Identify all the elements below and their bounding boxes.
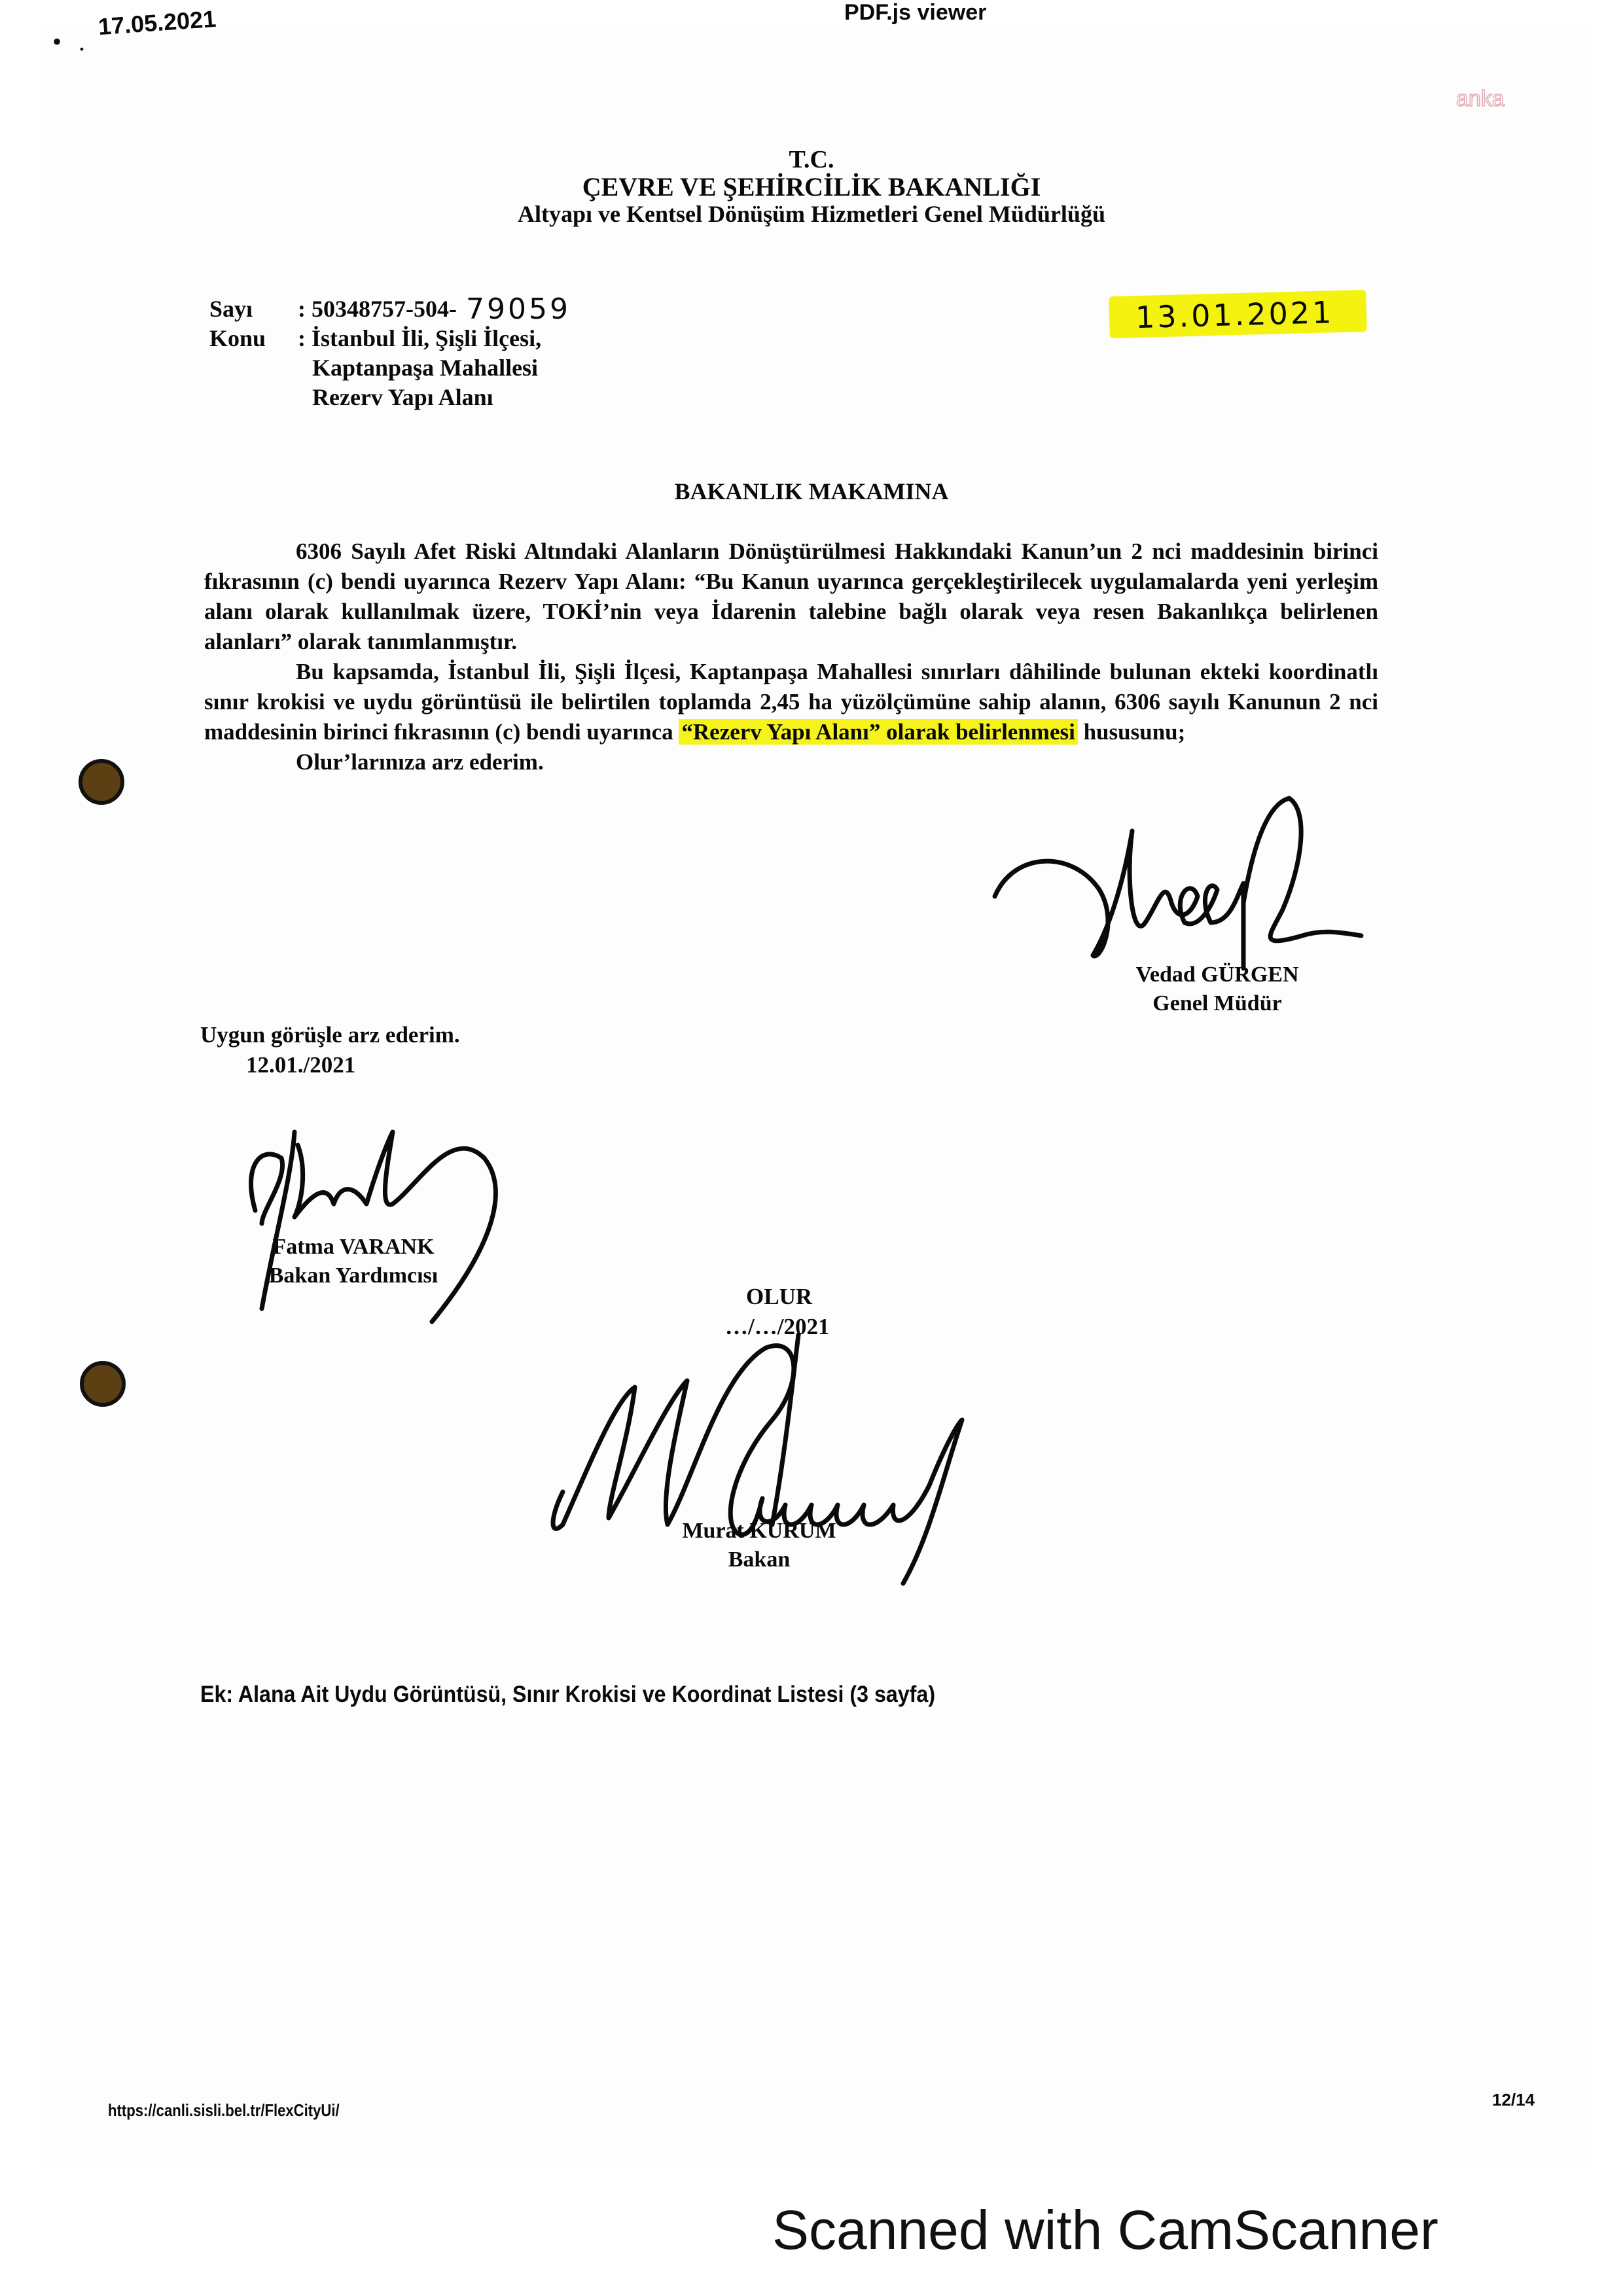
signatory-title: Bakan Yardımcısı (216, 1262, 491, 1290)
signatory-name: Vedad GÜRGEN (1086, 961, 1348, 989)
signatory-title: Genel Müdür (1086, 989, 1348, 1018)
paragraph-definition: 6306 Sayılı Afet Riski Altındaki Alanlar… (204, 537, 1378, 657)
konu-line: : İstanbul İli, Şişli İlçesi, (298, 324, 541, 353)
approval-note: Uygun görüşle arz ederim. (200, 1022, 460, 1048)
watermark-logo: anka (1456, 86, 1505, 112)
spacer (209, 353, 298, 383)
scan-artifact: • . (52, 26, 90, 57)
approval-date: 12.01./2021 (246, 1052, 355, 1078)
paragraph-text: hususunu; (1084, 719, 1186, 745)
footer-url: https://canli.sisli.bel.tr/FlexCityUi/ (108, 2100, 340, 2121)
konu-label: Konu (209, 324, 298, 353)
konu-row-3: Rezerv Yapı Alanı (209, 383, 571, 412)
sayi-row: Sayı : 50348757-504- 79059 (209, 294, 571, 324)
paragraph-request: Bu kapsamda, İstanbul İli, Şişli İlçesi,… (204, 657, 1378, 747)
konu-row-2: Kaptanpaşa Mahallesi (209, 353, 571, 383)
viewer-title: PDF.js viewer (844, 0, 986, 26)
signature-gurgen (975, 792, 1433, 988)
signatory-title: Bakan (681, 1545, 838, 1574)
addressee-heading: BAKANLIK MAKAMINA (0, 478, 1623, 505)
page-number: 12/14 (1492, 2090, 1535, 2110)
document-meta: Sayı : 50348757-504- 79059 Konu : İstanb… (209, 294, 571, 412)
attachment-note: Ek: Alana Ait Uydu Görüntüsü, Sınır Krok… (200, 1682, 935, 1708)
signatory-deputy-minister: Fatma VARANK Bakan Yardımcısı (216, 1233, 491, 1290)
letterhead-tc: T.C. (0, 145, 1623, 174)
konu-row: Konu : İstanbul İli, Şişli İlçesi, (209, 324, 571, 353)
letter-body: 6306 Sayılı Afet Riski Altındaki Alanlar… (204, 537, 1378, 777)
sayi-handwritten: 79059 (466, 294, 571, 324)
spacer (209, 383, 298, 412)
scanner-watermark: Scanned with CamScanner (772, 2199, 1438, 2262)
closing-line: Olur’larınıza arz ederim. (204, 747, 1378, 777)
punch-hole-icon (79, 759, 124, 805)
konu-line: Kaptanpaşa Mahallesi (312, 353, 538, 383)
punch-hole-icon (80, 1361, 126, 1407)
olur-label: OLUR (746, 1284, 812, 1310)
signatory-name: Murat KURUM (681, 1517, 838, 1545)
highlighted-text: “Rezerv Yapı Alanı” olarak belirlenmesi (679, 719, 1077, 745)
signatory-name: Fatma VARANK (216, 1233, 491, 1262)
document-date: 13.01.2021 (1109, 290, 1367, 338)
signatory-general-director: Vedad GÜRGEN Genel Müdür (1086, 961, 1348, 1018)
letterhead-ministry: ÇEVRE VE ŞEHİRCİLİK BAKANLIĞI (0, 171, 1623, 202)
sayi-value: : 50348757-504- (298, 294, 457, 324)
signatory-minister: Murat KURUM Bakan (681, 1517, 838, 1574)
konu-line: Rezerv Yapı Alanı (312, 383, 493, 412)
letterhead-directorate: Altyapı ve Kentsel Dönüşüm Hizmetleri Ge… (0, 200, 1623, 228)
sayi-label: Sayı (209, 294, 298, 324)
